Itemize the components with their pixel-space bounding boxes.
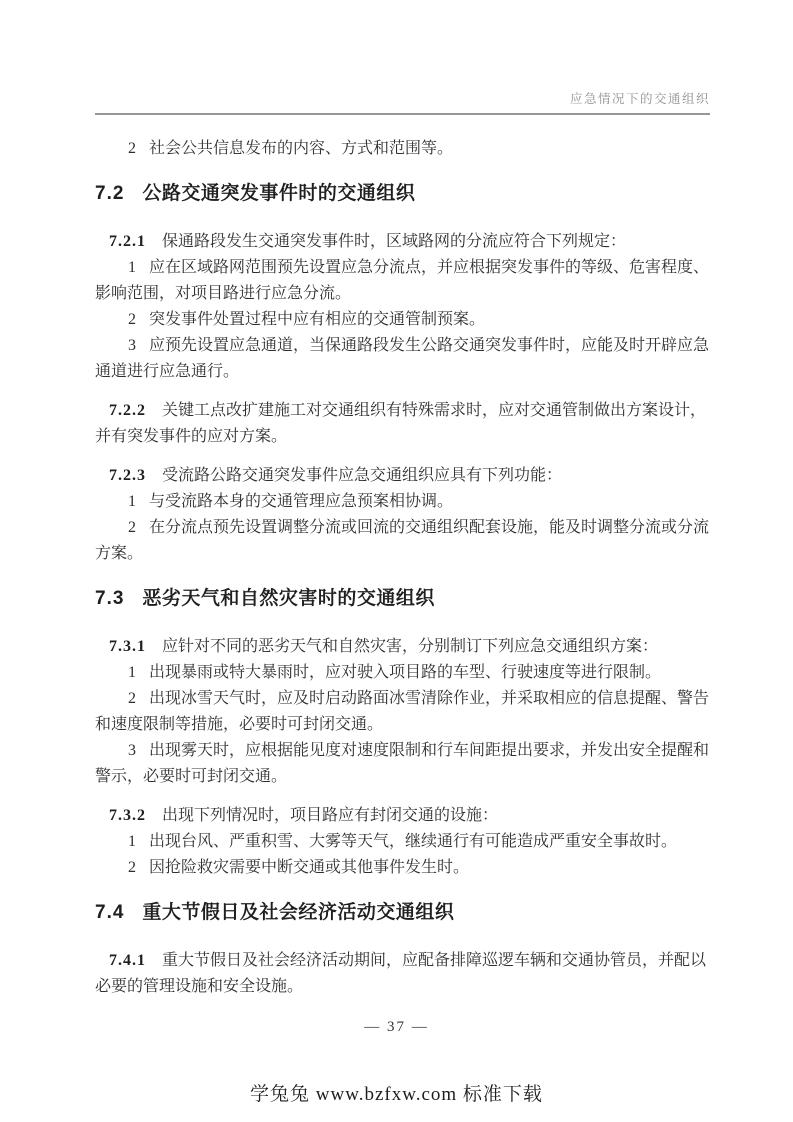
watermark-text: 学兔兔 www.bzfxw.com 标准下载 bbox=[0, 1082, 793, 1108]
clause-text: 保通路段发生交通突发事件时，区域路网的分流应符合下列规定： bbox=[162, 233, 626, 250]
list-item: 3出现雾天时，应根据能见度对速度限制和行车间距提出要求，并发出安全提醒和警示，必… bbox=[95, 738, 710, 790]
item-number: 1 bbox=[128, 493, 136, 510]
section-title: 恶劣天气和自然灾害时的交通组织 bbox=[142, 588, 435, 609]
item-text: 出现台风、严重积雪、大雾等天气，继续通行有可能造成严重安全事故时。 bbox=[149, 833, 677, 850]
list-item: 2因抢险救灾需要中断交通或其他事件发生时。 bbox=[95, 855, 710, 881]
item-number: 2 bbox=[128, 311, 136, 328]
list-item: 2突发事件处置过程中应有相应的交通管制预案。 bbox=[95, 307, 710, 333]
page-content: 应急情况下的交通组织 2社会公共信息发布的内容、方式和范围等。 7.2公路交通突… bbox=[95, 92, 710, 1000]
section-title: 公路交通突发事件时的交通组织 bbox=[142, 183, 415, 204]
item-text: 因抢险救灾需要中断交通或其他事件发生时。 bbox=[149, 859, 469, 876]
section-number: 7.2 bbox=[95, 183, 124, 204]
item-number: 1 bbox=[128, 259, 136, 276]
clause-7-3-2: 7.3.2出现下列情况时，项目路应有封闭交通的设施： bbox=[95, 803, 710, 829]
clause-7-4-1: 7.4.1重大节假日及社会经济活动期间，应配备排障巡逻车辆和交通协管员，并配以必… bbox=[95, 948, 710, 1000]
item-number: 1 bbox=[128, 664, 136, 681]
item-text: 与受流路本身的交通管理应急预案相协调。 bbox=[149, 493, 453, 510]
clause-number: 7.3.2 bbox=[109, 807, 146, 824]
list-item: 1出现台风、严重积雪、大雾等天气，继续通行有可能造成严重安全事故时。 bbox=[95, 829, 710, 855]
list-item: 2出现冰雪天气时，应及时启动路面冰雪清除作业，并采取相应的信息提醒、警告和速度限… bbox=[95, 686, 710, 738]
clause-text: 关键工点改扩建施工对交通组织有特殊需求时，应对交通管制做出方案设计，并有突发事件… bbox=[95, 402, 706, 445]
clause-7-2-2: 7.2.2关键工点改扩建施工对交通组织有特殊需求时，应对交通管制做出方案设计，并… bbox=[95, 398, 710, 450]
clause-text: 出现下列情况时，项目路应有封闭交通的设施： bbox=[162, 807, 498, 824]
page-number: — 37 — bbox=[0, 1014, 793, 1040]
clause-number: 7.2.1 bbox=[109, 233, 146, 250]
item-number: 1 bbox=[128, 833, 136, 850]
list-item: 1出现暴雨或特大暴雨时，应对驶入项目路的车型、行驶速度等进行限制。 bbox=[95, 660, 710, 686]
clause-7-2-3: 7.2.3受流路公路交通突发事件应急交通组织应具有下列功能： bbox=[95, 463, 710, 489]
item-text: 在分流点预先设置调整分流或回流的交通组织配套设施，能及时调整分流或分流方案。 bbox=[95, 519, 709, 562]
item-text: 突发事件处置过程中应有相应的交通管制预案。 bbox=[149, 311, 485, 328]
clause-number: 7.4.1 bbox=[109, 952, 146, 969]
item-text: 社会公共信息发布的内容、方式和范围等。 bbox=[149, 140, 453, 157]
item-text: 出现雾天时，应根据能见度对速度限制和行车间距提出要求，并发出安全提醒和警示，必要… bbox=[95, 742, 709, 785]
item-text: 出现暴雨或特大暴雨时，应对驶入项目路的车型、行驶速度等进行限制。 bbox=[149, 664, 661, 681]
clause-7-3-1: 7.3.1应针对不同的恶劣天气和自然灾害，分别制订下列应急交通组织方案： bbox=[95, 634, 710, 660]
clause-text: 受流路公路交通突发事件应急交通组织应具有下列功能： bbox=[162, 467, 562, 484]
section-heading-7-3: 7.3恶劣天气和自然灾害时的交通组织 bbox=[95, 586, 710, 612]
section-heading-7-2: 7.2公路交通突发事件时的交通组织 bbox=[95, 181, 710, 207]
item-number: 2 bbox=[128, 859, 136, 876]
item-text: 出现冰雪天气时，应及时启动路面冰雪清除作业，并采取相应的信息提醒、警告和速度限制… bbox=[95, 690, 709, 733]
section-title: 重大节假日及社会经济活动交通组织 bbox=[142, 902, 454, 923]
item-number: 3 bbox=[128, 337, 136, 354]
item-number: 2 bbox=[128, 519, 136, 536]
list-item: 1应在区域路网范围预先设置应急分流点，并应根据突发事件的等级、危害程度、影响范围… bbox=[95, 255, 710, 307]
section-number: 7.4 bbox=[95, 902, 124, 923]
list-item: 3应预先设置应急通道，当保通路段发生公路交通突发事件时，应能及时开辟应急通道进行… bbox=[95, 333, 710, 385]
section-number: 7.3 bbox=[95, 588, 124, 609]
item-number: 2 bbox=[128, 140, 136, 157]
clause-number: 7.3.1 bbox=[109, 638, 146, 655]
running-header: 应急情况下的交通组织 bbox=[95, 92, 710, 107]
clause-text: 应针对不同的恶劣天气和自然灾害，分别制订下列应急交通组织方案： bbox=[162, 638, 658, 655]
clause-text: 重大节假日及社会经济活动期间，应配备排障巡逻车辆和交通协管员，并配以必要的管理设… bbox=[95, 952, 706, 995]
item-text: 应在区域路网范围预先设置应急分流点，并应根据突发事件的等级、危害程度、影响范围，… bbox=[95, 259, 709, 302]
list-item: 1与受流路本身的交通管理应急预案相协调。 bbox=[95, 489, 710, 515]
clause-number: 7.2.3 bbox=[109, 467, 146, 484]
section-heading-7-4: 7.4重大节假日及社会经济活动交通组织 bbox=[95, 900, 710, 926]
list-item: 2社会公共信息发布的内容、方式和范围等。 bbox=[95, 136, 710, 162]
item-number: 3 bbox=[128, 742, 136, 759]
clause-number: 7.2.2 bbox=[109, 402, 146, 419]
document-page: 应急情况下的交通组织 2社会公共信息发布的内容、方式和范围等。 7.2公路交通突… bbox=[0, 0, 793, 1122]
item-text: 应预先设置应急通道，当保通路段发生公路交通突发事件时，应能及时开辟应急通道进行应… bbox=[95, 337, 709, 380]
header-rule bbox=[95, 113, 710, 115]
item-number: 2 bbox=[128, 690, 136, 707]
clause-7-2-1: 7.2.1保通路段发生交通突发事件时，区域路网的分流应符合下列规定： bbox=[95, 229, 710, 255]
list-item: 2在分流点预先设置调整分流或回流的交通组织配套设施，能及时调整分流或分流方案。 bbox=[95, 515, 710, 567]
